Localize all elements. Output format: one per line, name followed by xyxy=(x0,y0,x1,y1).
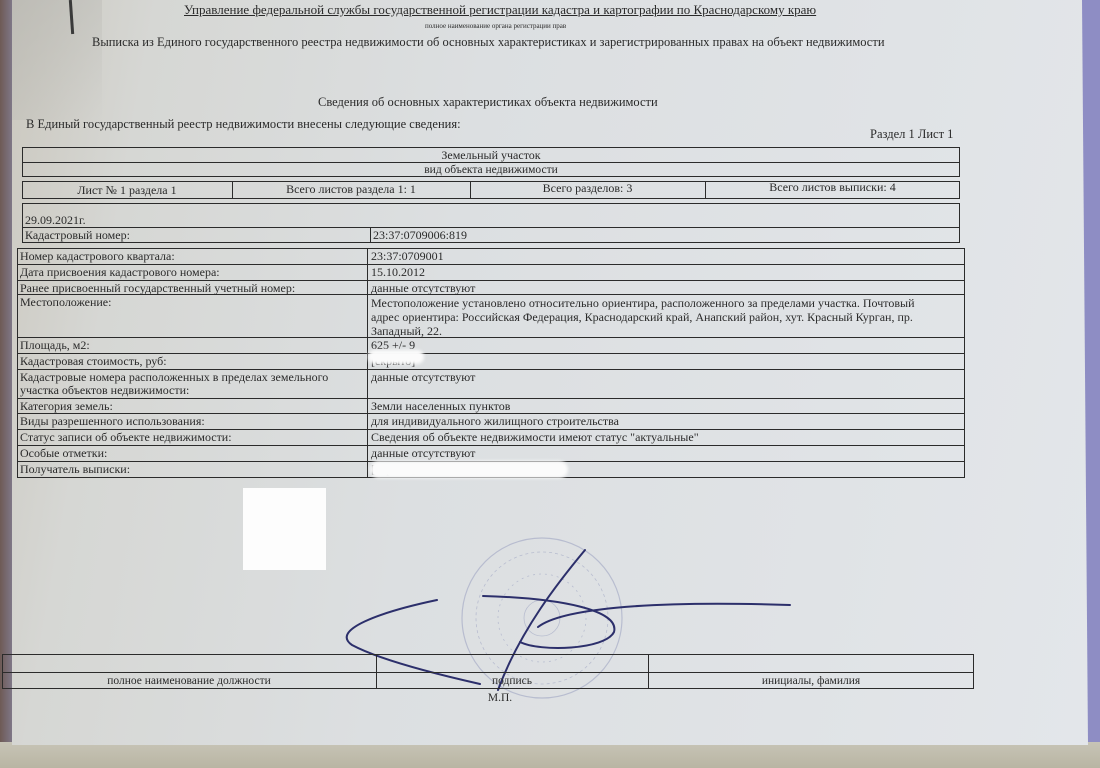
position-caption: полное наименование должности xyxy=(2,675,376,688)
stamp-caption: М.П. xyxy=(440,692,560,705)
divider xyxy=(2,672,974,673)
stamp-and-signature xyxy=(0,0,1100,768)
name-caption: инициалы, фамилия xyxy=(648,675,974,688)
signature-caption: подпись xyxy=(376,675,648,688)
